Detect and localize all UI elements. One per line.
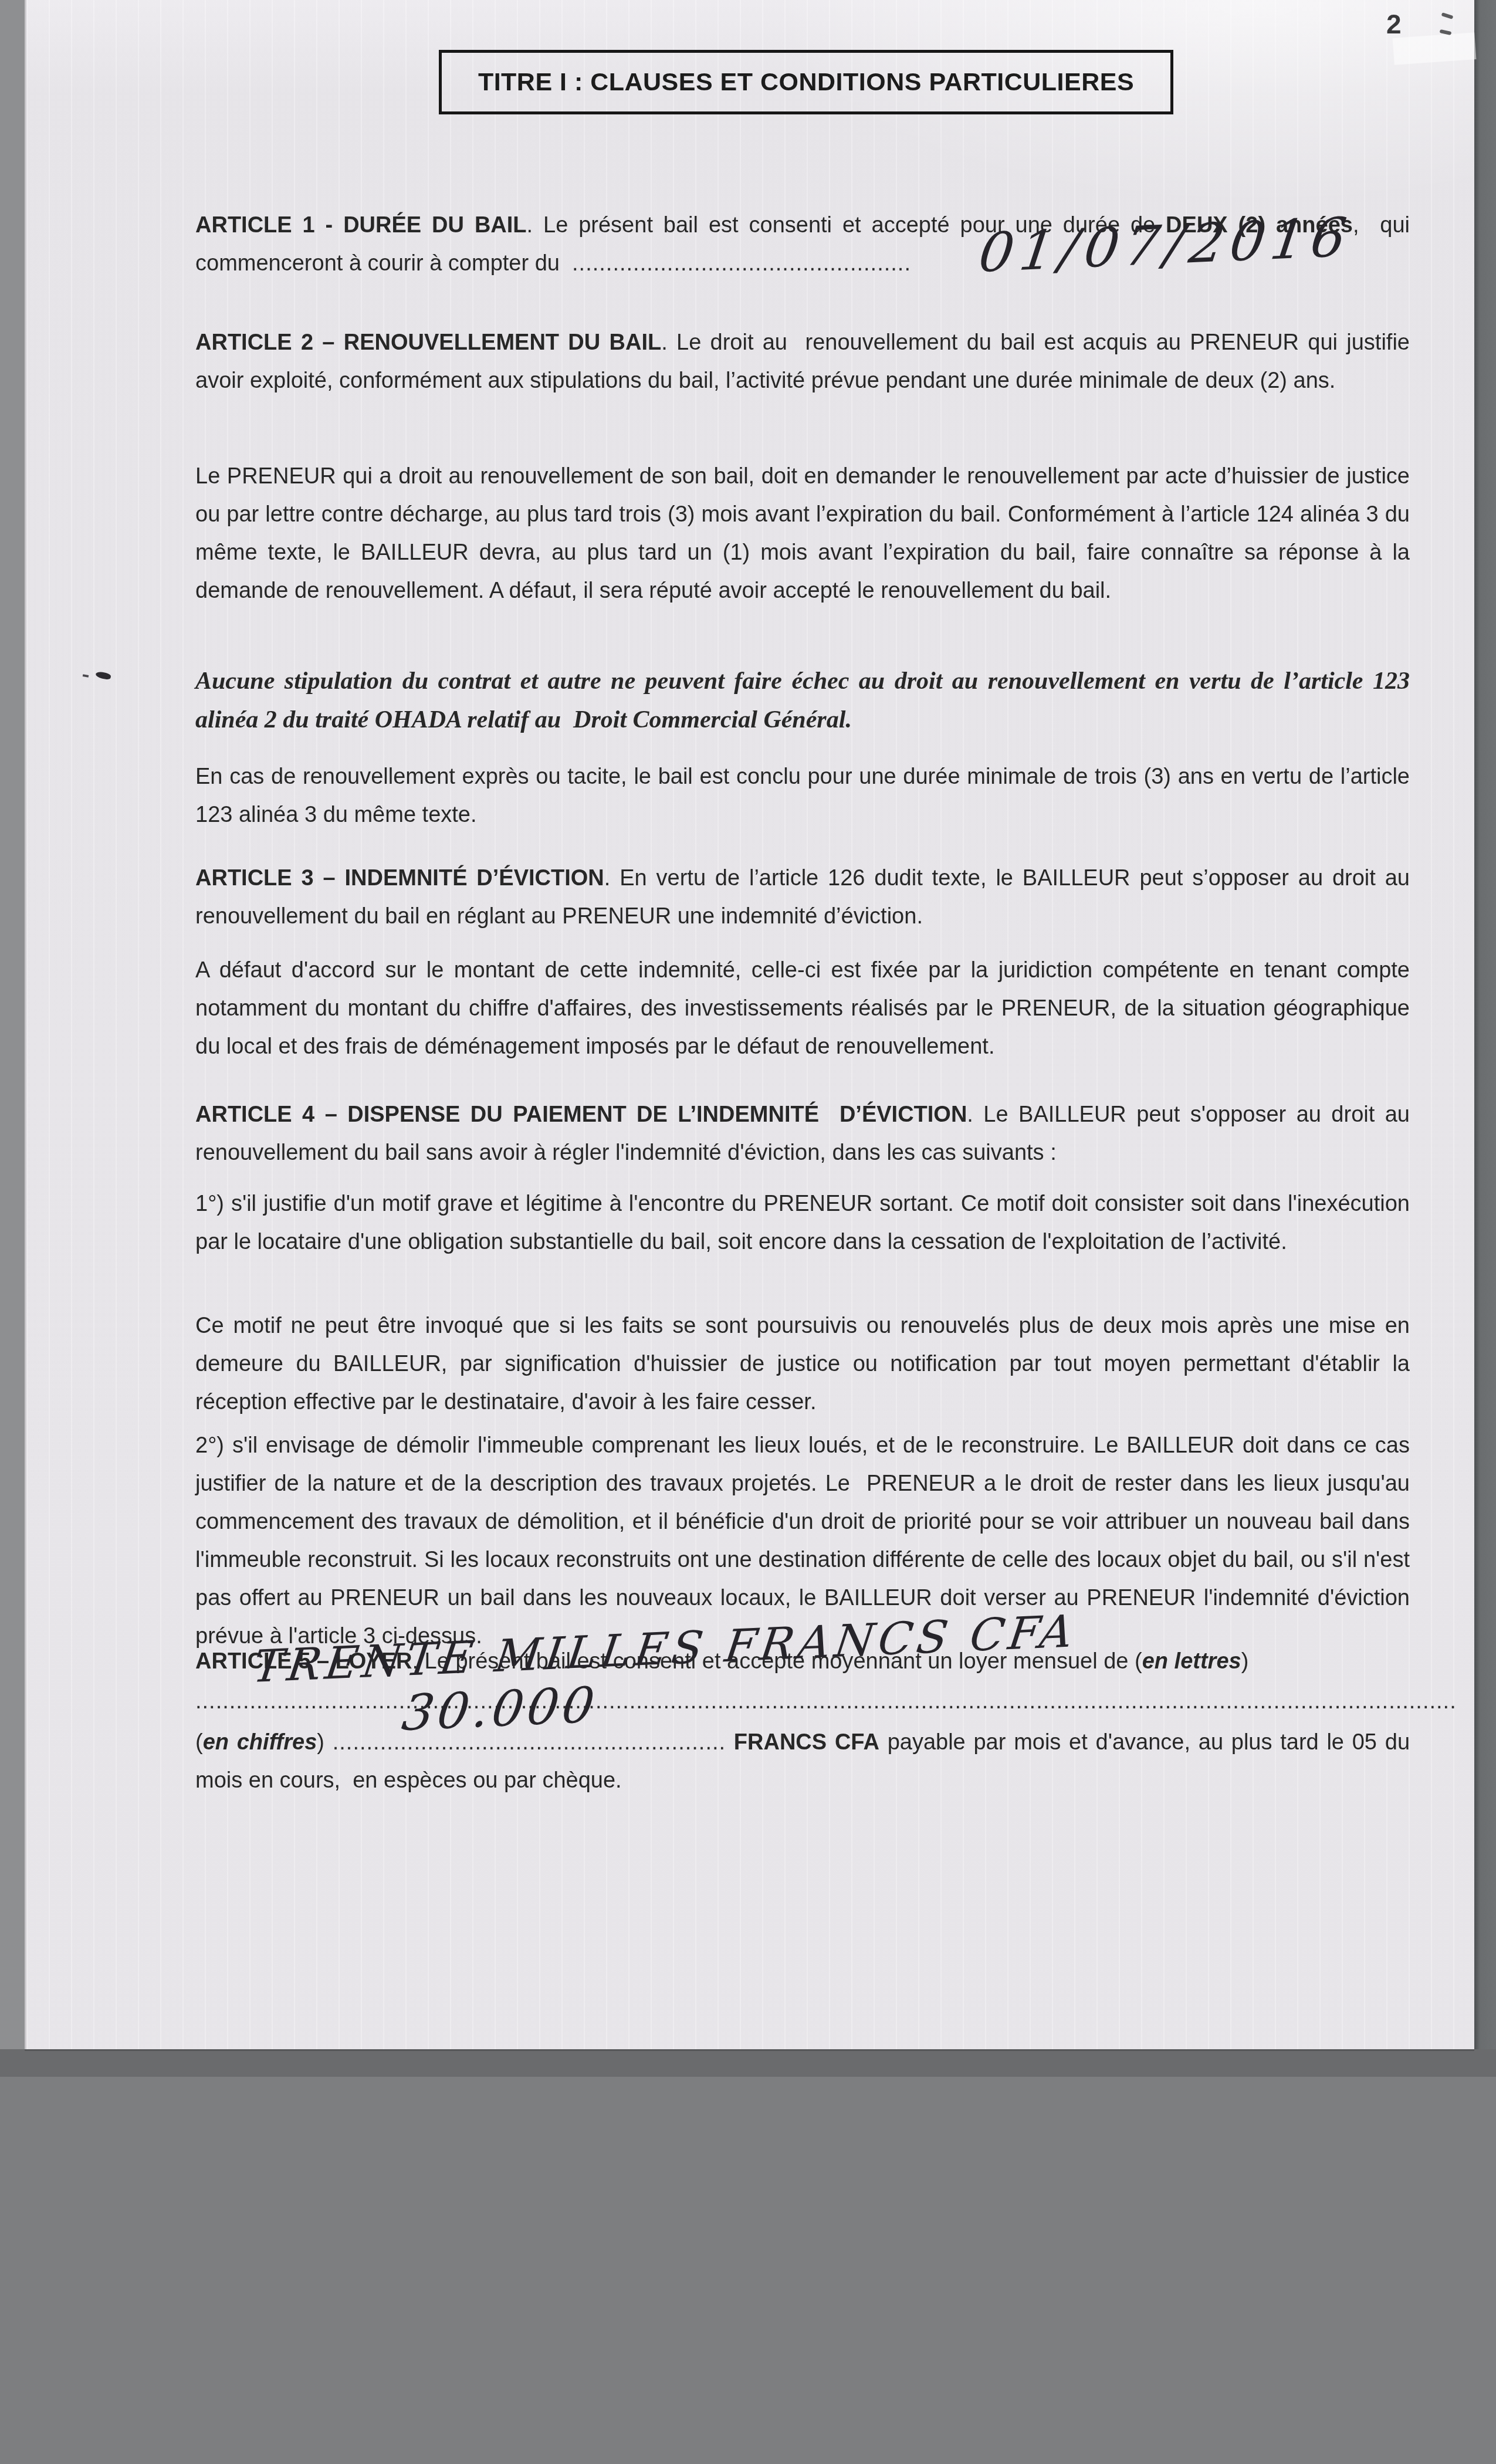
right-scan-strip [1474,0,1496,2077]
tacit-renewal-paragraph: En cas de renouvellement exprès ou tacit… [195,758,1410,834]
article-2-paragraph: ARTICLE 2 – RENOUVELLEMENT DU BAIL. Le d… [195,324,1410,400]
bottom-scan-band [0,2049,1496,2077]
dotted-leader-date: ........................................… [572,251,911,276]
article-4-paragraph: ARTICLE 4 – DISPENSE DU PAIEMENT DE L’IN… [195,1096,1410,1172]
dotted-leader-words: ........................................… [195,1689,1457,1714]
title-box: TITRE I : CLAUSES ET CONDITIONS PARTICUL… [439,50,1173,114]
left-scan-strip [0,0,25,2077]
article-1-text: . Le présent bail est consenti et accept… [527,213,1166,238]
article-5-text: . Le présent bail est consenti et accept… [412,1649,1142,1674]
motif-notice-paragraph: Ce motif ne peut être invoqué que si les… [195,1307,1410,1421]
dotted-leader-figures: ........................................… [333,1730,726,1755]
en-chiffres-label: en chiffres [203,1730,317,1755]
case-1-paragraph: 1°) s'il justifie d'un motif grave et lé… [195,1185,1410,1261]
document-title: TITRE I : CLAUSES ET CONDITIONS PARTICUL… [478,68,1134,97]
scan-background: { "doc": { "page_number": "2", "title": … [0,0,1496,2464]
rent-in-words-line: ........................................… [195,1683,1410,1721]
francs-cfa-bold: FRANCS CFA [726,1730,879,1755]
paren-close: ) [317,1730,332,1755]
paper-sheet: 2 TITRE I : CLAUSES ET CONDITIONS PARTIC… [25,0,1474,2049]
article-3-paragraph: ARTICLE 3 – INDEMNITÉ D’ÉVICTION. En ver… [195,859,1410,936]
rent-in-figures-paragraph: (en chiffres) ..........................… [195,1724,1410,1800]
article-2-heading: ARTICLE 2 – RENOUVELLEMENT DU BAIL [195,330,661,355]
article-3-heading: ARTICLE 3 – INDEMNITÉ D’ÉVICTION [195,866,604,891]
article-5-heading-line: ARTICLE 5 – LOYER. Le présent bail est c… [195,1643,1410,1681]
article-4-heading: ARTICLE 4 – DISPENSE DU PAIEMENT DE L’IN… [195,1102,967,1127]
article-1-heading: ARTICLE 1 - DURÉE DU BAIL [195,213,527,238]
article-1-duration-bold: DEUX (2) années [1166,213,1353,238]
indemnity-amount-paragraph: A défaut d'accord sur le montant de cett… [195,952,1410,1066]
page-number: 2 [1386,8,1402,40]
ink-mark [95,671,111,681]
article-1-paragraph: ARTICLE 1 - DURÉE DU BAIL. Le présent ba… [195,207,1410,283]
en-lettres-label: en lettres [1142,1649,1241,1674]
case-2-paragraph: 2°) s'il envisage de démolir l'immeuble … [195,1427,1410,1656]
article-5-heading: ARTICLE 5 – LOYER [195,1649,412,1674]
staple-mark-top [1441,12,1454,19]
article-5-text-2: ) [1241,1649,1249,1674]
tape-mark [1393,32,1477,65]
ink-dash [83,674,89,678]
paren-open: ( [195,1730,203,1755]
ohada-clause-paragraph: Aucune stipulation du contrat et autre n… [195,662,1410,739]
renewal-request-paragraph: Le PRENEUR qui a droit au renouvellement… [195,458,1410,610]
